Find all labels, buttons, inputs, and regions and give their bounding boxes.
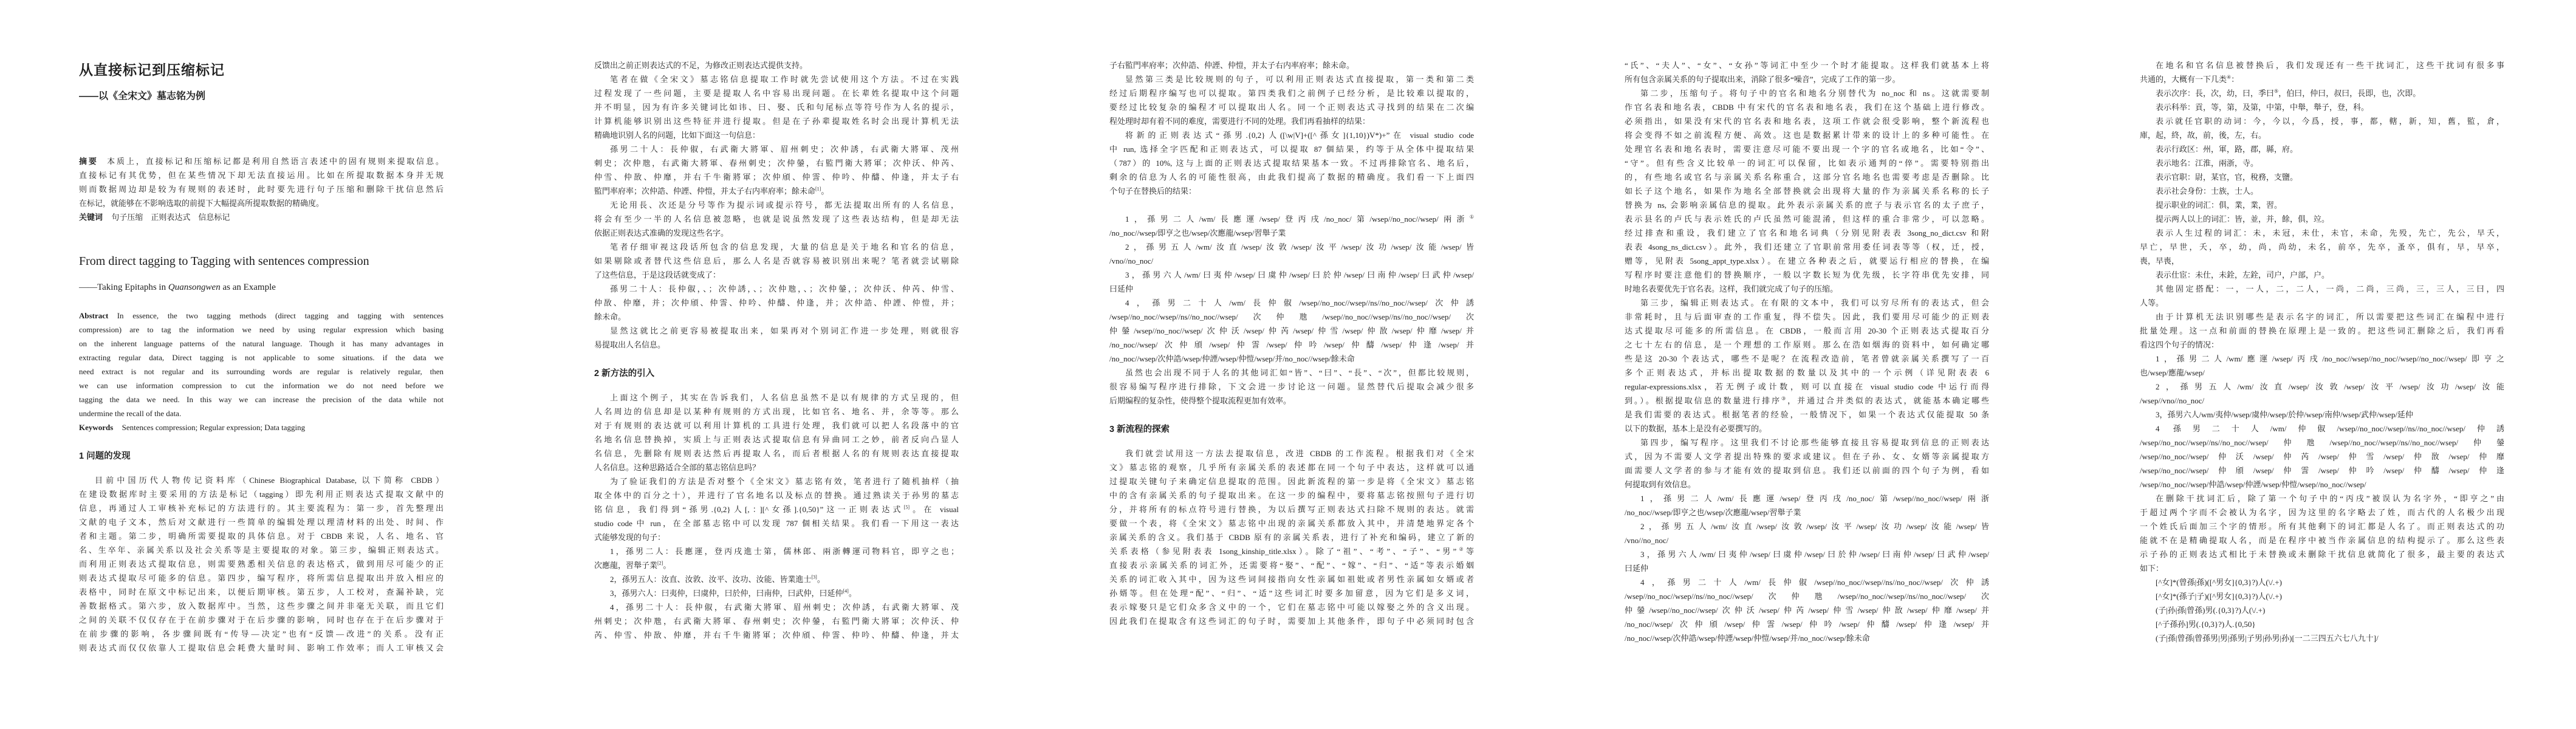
text-line: 易提取出人名信息。: [594, 338, 959, 352]
text-line: 将会有至少一半的人名信息被忽略，也就是说虽然发现了这些表达结构，但是却无法: [594, 212, 959, 226]
text-run: 以下的数据，基本上是没有必要撰写的。: [1625, 424, 1767, 433]
text-run: 从直接标记到压缩标记: [79, 62, 225, 78]
text-line: 到。）。根据提取信息的数量进行排序③，并通过合并类似的表达式，就能基本确定哪些: [1625, 394, 1989, 408]
text-run: 经过排查和重设，我们建立了官名和地名词典（分别见附表表 3song_no_dic…: [1625, 228, 1989, 238]
text-line: 3，孫男六人/wm/夷仲/wsep/虞仲/wsep/於仲/wsep/南仲/wse…: [2140, 408, 2504, 422]
text-run: /no_noc//wsep/即亨之也/wsep/次應龍/wsep/習舉子業: [1625, 508, 1801, 517]
text-run: 表示官职：尉，某官，官，稅務，支鹽。: [2156, 173, 2298, 182]
text-run: 要经过比较复杂的编程才可以提取出人名。同一个正则表达式寻找到的结果在二次编: [1109, 103, 1474, 112]
text-run: /no_noc//wsep/次仲誥/wsep/仲諲/wsep/仲愷/wsep/并…: [1109, 354, 1355, 363]
text-line: /no_noc//wsep/即亨之也/wsep/次應龍/wsep/習舉子業: [1109, 226, 1474, 240]
text-line: 直接表示亲属关系的词汇外，还需要将“娶”、“配”、“嫁”、“归”、“适”等表示婚…: [1109, 558, 1474, 572]
text-run: 早亡，早世，夭，卒，幼，尚，尚幼，未名，前卒，先卒，蚤卒，俱有，早，早卒，: [2140, 242, 2504, 252]
text-run: 名地名信息替换掉，实质上与正则表达式提取信息有异曲同工之妙，前者反向凸显人: [594, 435, 959, 444]
text-run: 过提取关键句子来确定信息提取的范围。因此新流程的第一步是将《全宋文》墓志铭: [1109, 477, 1474, 486]
text-line: 表示科举：貢，等，第，及第，中第，中舉，舉子，登，科。: [2140, 100, 2504, 114]
text-line: 虽然也会出现不同于人名的其他词汇如“皆”、“曰”、“長”、“次”，但都比较规则，: [1109, 366, 1474, 380]
text-run: 文》墓志铭的观察，几乎所有亲属关系的表述都在同一个句子中表达，这样就可以通: [1109, 463, 1474, 472]
text-run: 人名周边的信息却是以某种有规则的方式出现，比如官名、地名、并，余等等。那么: [594, 407, 959, 416]
text-run: 要做一个表，将《全宋文》墓志铭中出现的亲属关系都放入其中，并清楚地界定各个: [1109, 519, 1474, 528]
text-line: 表示嫁娶只是它们众多含义中的一个，它们在墓志铭中可能以嫁娶之外的含义出现。: [1109, 600, 1474, 614]
text-line: 表示次序：長，次，幼，曰，季曰⑤，伯曰，仲曰，叔曰，長即，也，次即。: [2140, 86, 2504, 100]
text-run: 是我们需要的表达式。根据笔者的经验，一般情况下，如果一个表达式仅能提取 50 条: [1625, 410, 1989, 419]
text-run: (子|孫|曾孫|曾孫男|男|孫男|子男|孙男|孙)[一二三四五六七八九十]/: [2156, 634, 2379, 643]
text-run: 表示县名的卢氏与表示姓氏的卢氏虽然可能混淆，但这样的重合非常少，可以忽略。: [1625, 214, 1989, 224]
text-line: 4，孫男二十人/wm/長仲俶/wsep//no_noc//wsep//ns//n…: [1109, 296, 1474, 310]
text-run: 为了验证我们的方法是否对整个《全宋文》墓志铭有效，笔者进行了随机抽样（抽: [610, 477, 959, 486]
text-run: 曰延仲: [1109, 284, 1133, 293]
text-run: （787）的 10%, 这与上面的正则表达式提取结果基本一致。不过再排除官名、地…: [1109, 159, 1474, 168]
text-line: 第四步，编写程序。这里我们不讨论那些能够直接且容易提取到信息的正则表达: [1625, 436, 1989, 450]
text-line: 则表达式而仅仅依靠人工提取信息会耗费大量时间、影响工作效率；而人工审核又会: [79, 641, 444, 655]
text-run: 时地名表要优先于官名表。这样，我们就完成了句子的压缩。: [1625, 284, 1838, 293]
text-run: /wsep//no_noc//wsep//ns//no_noc//wsep/次仲…: [1625, 592, 1989, 601]
text-line: (子|孙|孫|曾孫)男(.{0,3}?)人(\/.+): [2140, 603, 2504, 617]
text-line: 3，孫男六人/wm/曰夷仲/wsep/曰虞仲/wsep/曰於仲/wsep/曰南仲…: [1109, 268, 1474, 282]
text-line: 早亡，早世，夭，卒，幼，尚，尚幼，未名，前卒，先卒，蚤卒，俱有，早，早卒，: [2140, 240, 2504, 254]
text-run: 替换为 ns, 会影响亲属信息的提取。此外表示亲属关系的庶子与表示官名的太子庶子…: [1625, 200, 1989, 210]
text-run: /wsep//vno//no_noc/: [2140, 396, 2204, 405]
text-line: 之间的关联不仅仅存在于在前步骤对于在后步骤的影响，同时也存在于在后步骤对于: [79, 613, 444, 627]
text-line: 分，并将所有的标点符号进行替换，为以后撰写正则表达式扫除不规则的表达。就需: [1109, 502, 1474, 516]
text-line: /no_noc//wsep/次仲誥/wsep/仲諲/wsep/仲愷/wsep/并…: [1625, 631, 1989, 645]
text-line: 赠等，见附表 5song_appt_type.xlsx）。在建立各种表之后，就要…: [1625, 254, 1989, 268]
text-line: 程处理时却有着不同的难度，需要进行不同的处理。我们再看抽样的结果：: [1109, 114, 1474, 128]
text-line: 处理官名表和地名表时，需要注意尽可能不要出现一个字的官名或地名，比如“令”、: [1625, 142, 1989, 156]
text-run: 无论用長、次还是分号等作为提示词或提示符号，都无法提取出所有的人名信息，: [610, 200, 959, 210]
text-line: 取全体中的百分之十），并进行了官名地名以及标点的替换。通过熟读关于孙男的墓志: [594, 488, 959, 502]
text-run: 将新的正则表达式“孫男.{0,2}人([\w|V]+([^孫女]{1,10})V…: [1125, 131, 1474, 140]
text-line: 4，孫男二十人：長仲俶，右武衛大將軍、眉州刺史；次仲誘，右武衛大將軍、茂: [594, 600, 959, 614]
text-line: 1，孫男二人/wm/長應運/wsep/登丙戌/no_noc/第/wsep//no…: [1109, 212, 1474, 226]
text-run: 则表达式而仅仅依靠人工提取信息会耗费大量时间、影响工作效率；而人工审核又会: [79, 643, 444, 652]
text-run: 到。）。根据提取信息的数量进行排序③，并通过合并类似的表达式，就能基本确定哪些: [1625, 396, 1989, 405]
text-run: 表示地名：江淮，兩浙，寺。: [2156, 159, 2258, 168]
lead-label: 关键词: [79, 213, 103, 222]
text-run: (子|孙|孫|曾孫)男(.{0,3}?)人(\/.+): [2156, 606, 2265, 615]
text-run: 仲敔、仲靡，并；次仲頎、仲霅、仲吟、仲醻、仲逢，并；次仲誥、仲諲、仲愷，并；: [594, 298, 959, 307]
text-line: 多个正则表达式，并标出提取数据的数量以及其中的一个示例（详见附表表 6: [1625, 366, 1989, 380]
text-run: 亲属关系的含义。我们基于 CBDB 原有的亲属关系表，进行了补充和编码，建立了新…: [1109, 533, 1474, 542]
text-run: 4，孫男二十人/wm/長仲俶/wsep//no_noc//wsep//ns//n…: [1640, 578, 1989, 587]
text-run: 3，孫男六人/wm/曰夷仲/wsep/曰虞仲/wsep/曰於仲/wsep/曰南仲…: [1125, 270, 1474, 279]
text-line: 1，孫男二人/wm/長應運/wsep/登丙戌/no_noc/第/wsep//no…: [1625, 491, 1989, 505]
text-line: 州刺史；次仲虺，右武衛大將軍、春州刺史；次仲鎣，右監門衛大將軍；次仲沃、仲: [594, 614, 959, 628]
text-line: undermine the recall of the data.: [79, 406, 444, 420]
text-line: 经过排查和重设，我们建立了官名和地名词典（分别见附表表 3song_no_dic…: [1625, 226, 1989, 240]
text-run: 表示就任官职的动词：今，今以，今爲，授，事，都，轄，新，知，舊，監，倉，: [2156, 117, 2504, 126]
text-run: 其他固定搭配：一，一人，二，二人，一尚，二尚，三尚，三，三人，三曰，四: [2156, 284, 2504, 293]
text-run: undermine the recall of the data.: [79, 409, 181, 418]
text-line: 在删除干扰词汇后，除了第一个句子中的“丙戌”被误认为名字外，“即亨之”由: [2140, 491, 2504, 505]
text-run: 并不明显，因为有许多关键词比如讳、曰、娶、氏和句尾标点等符号作为人名的提示，: [594, 103, 959, 112]
text-run: on the inherent language patterns of the…: [79, 339, 444, 348]
text-run: regular-expressions.xlsx，若无例子或计数，则可以直接在 …: [1625, 382, 1989, 391]
text-run: 在删除干扰词汇后，除了第一个句子中的“丙戌”被误认为名字外，“即亨之”由: [2156, 494, 2504, 503]
text-line: 则表达式提取尽可能多的信息。第四步，编写程序，将所需信息提取出并放入相应的: [79, 571, 444, 585]
text-line: 孙婿等。但在处理“配”、“归”、“适”这些词汇时要多加留意，因为它们是多义词，: [1109, 586, 1474, 600]
text-line: 庫，起，終，故，前，後，左，右。: [2140, 128, 2504, 142]
text-line: 过程发现了一些问题，主要是提取人名中容易出现问题。在长辈姓名提取中这个问题: [594, 86, 959, 100]
text-line: 批量处理。这一点和前面的替换在原理上是一致的。把这些词汇删除之后，我们再看: [2140, 324, 2504, 338]
text-line: 为了验证我们的方法是否对整个《全宋文》墓志铭有效，笔者进行了随机抽样（抽: [594, 474, 959, 488]
text-run: 表示次序：長，次，幼，曰，季曰⑤，伯曰，仲曰，叔曰，長即，也，次即。: [2156, 89, 2420, 98]
text-run: 表示人生过程的词汇：未，未冠，未仕，未官，未命，先殁，先亡，先公，早夭，: [2156, 228, 2504, 238]
text-run: 将会变得不如之前流程方便、高效。这也是数据累计带来的设计上的多种可能性。在: [1625, 131, 1989, 140]
text-line: 如下：: [2140, 561, 2504, 575]
section-heading: 3 新流程的探索: [1109, 423, 1474, 436]
text-run: In essence, the two tagging methods (dir…: [117, 311, 444, 320]
text-line: 提示两人以上的词汇：皆，並，并，餘，俱，竝。: [2140, 212, 2504, 226]
text-line: 監門率府率；次仲誥、仲諲、仲愷，并太子右内率府率；餘未命[1]。: [594, 184, 959, 198]
text-run: 2，孫男五人/wm/汝直/wsep/汝敦/wsep/汝平/wsep/汝功/wse…: [2156, 382, 2504, 391]
text-line: 4 孫男二十人/wm/仲俶/wsep//no_noc//wsep//ns//no…: [2140, 422, 2504, 436]
text-run: 直接标记有其优势，但在某些情况下却无法直接运用。比如在所提取数据本身并无规: [79, 171, 444, 180]
text-line: /wsep//no_noc//wsep/仲沃/wsep/仲芮/wsep/仲雪/w…: [2140, 450, 2504, 464]
text-line: 第二步，压缩句子。将句子中的官名和地名分别替代为 no_noc 和 ns。这就需…: [1625, 86, 1989, 100]
text-line: 反馈出之前正则表达式的不足，为修改正则表达式提供支持。: [594, 58, 959, 72]
text-line: /no_noc//wsep/次仲頎/wsep/仲霅/wsep/仲吟/wsep/仲…: [1109, 338, 1474, 352]
text-run: 名、生卒年、亲属关系以及社会关系等是主要提取的对象。第三步，编辑正则表达式。: [79, 546, 444, 555]
text-run: Sentences compression; Regular expressio…: [122, 423, 305, 432]
text-run: 信息，再通过人工审核补充标记的方法进行的。其主要流程为：第一步，首先整理出: [79, 504, 444, 513]
text-line: AbstractIn essence, the two tagging meth…: [79, 309, 444, 323]
text-line: /wsep//vno//no_noc/: [2140, 394, 2504, 408]
text-run: 计算机能够识别出这些特征并进行提取。但是在子孙辈提取姓名时会出现计算机无法: [594, 117, 959, 126]
text-line: 信息，再通过人工审核补充标记的方法进行的。其主要流程为：第一步，首先整理出: [79, 501, 444, 515]
text-run: 由于计算机无法识别哪些是表示名字的词汇，所以需要把这些词汇在编程中进行: [2156, 312, 2504, 321]
text-line: 仲雪、仲敔、仲靡，并右千牛衛將軍；次仲頎、仲霅、仲吟、仲醻、仲逢，并太子右: [594, 170, 959, 184]
text-run: 式，因为不需要人文学者提出特殊的要求或建议。但在子孙、女、女婿等亲属提取方: [1625, 452, 1989, 461]
text-line: 所有包含亲属关系的句子提取出来，消除了很多“噪音”，完成了工作的第一步。: [1625, 72, 1989, 86]
text-line: （787）的 10%, 这与上面的正则表达式提取结果基本一致。不过再排除官名、地…: [1109, 156, 1474, 170]
text-run: 也/wsep/應龍/wsep/: [2140, 368, 2205, 377]
paper-subtitle-zh: ——以《全宋文》墓志铭为例: [79, 90, 444, 103]
text-run: 表示科举：貢，等，第，及第，中第，中舉，舉子，登，科。: [2156, 103, 2369, 112]
text-run: 之七十左右的信息，是一个理想的工作原则。那么在浩如烟海的资料中，如何确定哪: [1625, 340, 1989, 349]
text-line: 中 run, 选择全字匹配和正则表达式，可以提取 87 個結果，约等于从全体中提…: [1109, 142, 1474, 156]
text-run: 后期编程的复杂性，使得整个提取流程更加有效率。: [1109, 396, 1291, 405]
text-line: 表格中，同时在原文中标记出来，以便后期审核。第五步，人工校对，查漏补缺，完: [79, 585, 444, 599]
text-run: 4，孫男二十人/wm/長仲俶/wsep//no_noc//wsep//ns//n…: [1125, 298, 1474, 307]
text-run: 依据正则表达式准确的发现这些名字。: [594, 228, 728, 238]
text-run: /no_noc//wsep/次仲誥/wsep/仲諲/wsep/仲愷/wsep/并…: [1625, 634, 1870, 643]
lead-label: Keywords: [79, 423, 113, 432]
text-line: 如长子这个地名，如果作为地名全部替换就会出现将大量的作为亲属关系名称的长子: [1625, 184, 1989, 198]
text-run: 喪，早喪，: [2140, 256, 2179, 265]
text-line: /wsep//no_noc//wsep/仲誥/wsep/仲諲/wsep/仲愷/w…: [2140, 477, 2504, 491]
text-line: 3，孫男六人/wm/曰夷仲/wsep/曰虞仲/wsep/曰於仲/wsep/曰南仲…: [1625, 547, 1989, 561]
text-run: Quansongwen: [168, 282, 221, 292]
text-run: 第四步，编写程序。这里我们不讨论那些能够直接且容易提取到信息的正则表达: [1640, 438, 1989, 447]
text-line: /wsep//no_noc//wsep/仲頎/wsep/仲霅/wsep/仲吟/w…: [2140, 464, 2504, 477]
text-line: 子右監門率府率；次仲誥、仲諲、仲愷，并太子右内率府率；餘未命。: [1109, 58, 1474, 72]
text-run: 作官名表和地名表，CBDB 中有宋代的官名表和地名表，我们在这个基础上进行修改。: [1625, 103, 1989, 112]
text-run: 程处理时却有着不同的难度，需要进行不同的处理。我们再看抽样的结果：: [1109, 117, 1370, 126]
document-canvas: 从直接标记到压缩标记——以《全宋文》墓志铭为例摘要本质上，直接标记和压缩标记都是…: [0, 0, 2576, 729]
text-run: /wsep//no_noc//wsep/仲誥/wsep/仲諲/wsep/仲愷/w…: [2140, 480, 2366, 489]
text-run: 反馈出之前正则表达式的不足，为修改正则表达式提供支持。: [594, 61, 807, 70]
text-line: “氏”、“夫人”、“女”、“女孙”等词汇中至少一个时才能提取。这样我们就基本上将: [1625, 58, 1989, 72]
text-line: tagging the data we need. In this way we…: [79, 392, 444, 406]
text-line: 孫男二十人：長仲俶，右武衛大將軍、眉州刺史；次仲誘，右武衛大將軍、茂州: [594, 142, 959, 156]
text-line: 表示县名的卢氏与表示姓氏的卢氏虽然可能混淆，但这样的重合非常少，可以忽略。: [1625, 212, 1989, 226]
text-line: 剩余的信息为人名的可能性很高，由此我们提高了数据的精确度。我们看一下上面四: [1109, 170, 1474, 184]
text-line: 式，因为不需要人文学者提出特殊的要求或建议。但在子孙、女、女婿等亲属提取方: [1625, 450, 1989, 464]
text-run: 之间的关联不仅仅存在于在前步骤对于在后步骤的影响，同时也存在于在后步骤对于: [79, 615, 444, 625]
lead-label: 摘要: [79, 157, 98, 166]
text-line: 表示官职：尉，某官，官，稅務，支鹽。: [2140, 170, 2504, 184]
text-run: 显然这就比之前更容易被提取出来，如果再对个别词汇作进一步处理，则就很容: [610, 326, 959, 335]
text-line: 仲鎣/wsep//no_noc//wsep/次仲沃/wsep/仲芮/wsep/仲…: [1625, 603, 1989, 617]
text-run: 表格中，同时在原文中标记出来，以便后期审核。第五步，人工校对，查漏补缺，完: [79, 587, 444, 597]
text-run: 庫，起，終，故，前，後，左，右。: [2140, 131, 2266, 140]
text-line: 笔者仔细审视这段话所包含的信息发现，大量的信息是关于地名和官名的信息，: [594, 240, 959, 254]
text-run: 在建设数据库时主要采用的方法是标记（tagging）即先利用正则表达式提取文献中…: [79, 490, 444, 499]
text-line: 笔者在做《全宋文》墓志铭信息提取工作时就先尝试使用这个方法。不过在实践: [594, 72, 959, 86]
text-run: 4，孫男二十人：長仲俶，右武衛大將軍、眉州刺史；次仲誘，右武衛大將軍、茂: [610, 603, 959, 612]
text-line: 中的含有亲属关系的句子提取出来。在这一步的编程中，要将墓志铭按照句子进行切: [1109, 488, 1474, 502]
text-run: ——以《全宋文》墓志铭为例: [79, 91, 205, 101]
text-run: 表示仕宦：未仕，未銓，左銓，司户，户部，户。: [2156, 270, 2329, 279]
text-run: 名信息，先删除有规则表达然后再提取人名，而后者根据人名的有规则表达直接提取: [594, 449, 959, 458]
text-run: tagging the data we need. In this way we…: [79, 395, 444, 404]
text-line: 人等。: [2140, 296, 2504, 310]
text-line: 表示就任官职的动词：今，今以，今爲，授，事，都，轄，新，知，舊，監，倉，: [2140, 114, 2504, 128]
text-line: 名、生卒年、亲属关系以及社会关系等是主要提取的对象。第三步，编辑正则表达式。: [79, 543, 444, 557]
text-run: 对于有规则的表达就可以利用计算机的工具进行处理，我们就可以把人名段落中的官: [594, 421, 959, 430]
text-line: 次應龍，習舉子業[2]。: [594, 558, 959, 572]
text-run: /wsep//no_noc//wsep/仲頎/wsep/仲霅/wsep/仲吟/w…: [2140, 466, 2504, 475]
text-line: 要做一个表，将《全宋文》墓志铭中出现的亲属关系都放入其中，并清楚地界定各个: [1109, 516, 1474, 530]
text-run: 将会有至少一半的人名信息被忽略，也就是说虽然发现了这些表达结构，但是却无法: [594, 214, 959, 224]
text-run: studio code 中 run，在全部墓志铭中可以发现 787 個相关结果。…: [594, 519, 959, 528]
text-line: 于超过两个字而不会被认为名字，因为这里的名字略去了姓，而古代的人名极少出现: [2140, 505, 2504, 519]
text-line: 摘要本质上，直接标记和压缩标记都是利用自然语言表述中的固有规则来提取信息。: [79, 154, 444, 168]
text-line: 2，孫男五人/wm/汝直/wsep/汝敦/wsep/汝平/wsep/汝功/wse…: [1109, 240, 1474, 254]
text-line: 式能够发现的句子：: [594, 530, 959, 544]
text-line: 何提取到有效信息。: [1625, 477, 1989, 491]
text-line: 依据正则表达式准确的发现这些名字。: [594, 226, 959, 240]
text-line: 后期编程的复杂性，使得整个提取流程更加有效率。: [1109, 394, 1474, 408]
text-line: 提示职业的词汇：俱，業，業，習。: [2140, 198, 2504, 212]
text-line: /no_noc//wsep/次仲誥/wsep/仲諲/wsep/仲愷/wsep/并…: [1109, 352, 1474, 366]
text-line: 显然第三类是比较规则的句子，可以利用正则表达式直接提取，第一类和第二类: [1109, 72, 1474, 86]
text-run: extracting regular data, Direct tagging …: [79, 353, 444, 362]
text-run: 第三步，编辑正则表达式。在有限的文本中，我们可以穷尽所有的表达式，但会: [1640, 298, 1989, 307]
text-run: 1，孫男二人：長應運，登丙戌進士第，儒林郎、兩浙轉運司物料官，即亨之也；: [610, 547, 959, 556]
text-run: 曰延仲: [1625, 564, 1648, 573]
text-line: 刺史；次仲虺，右武衛大將軍、春州刺史；次仲鎣，右監門衛大將軍；次仲沃、仲芮、: [594, 156, 959, 170]
text-run: 一个姓氏后面加三个字的情形。所有其他剩下的词汇都是人名了。而正则表达式的功: [2140, 522, 2504, 531]
text-line: 必须指出，如果没有宋代的官名表和地名表，这项工作就会很受影响，整个新流程也: [1625, 114, 1989, 128]
text-line: 精确地识别人名的问题，比如下面这一句信息：: [594, 128, 959, 142]
text-run: 所有包含亲属关系的句子提取出来，消除了很多“噪音”，完成了工作的第一步。: [1625, 75, 1900, 84]
text-line: [^女]*(孫子|子)([^男女]{0,3}?)人(\/.+): [2140, 589, 2504, 603]
text-run: 笔者在做《全宋文》墓志铭信息提取工作时就先尝试使用这个方法。不过在实践: [610, 75, 959, 84]
text-run: 写程序时要注意他们的替换顺序，一般以字数长短为优先级，长字符串优先安排，同: [1625, 270, 1989, 279]
text-run: 我们就尝试用这一方法去提取信息，改进 CBDB 的工作流程。根据我们对《全宋: [1125, 449, 1474, 458]
text-run: 分，并将所有的标点符号进行替换，为以后撰写正则表达式扫除不规则的表达。就需: [1109, 505, 1474, 514]
text-line: /wsep//no_noc//wsep//ns//no_noc//wsep/次仲…: [1109, 310, 1474, 324]
text-run: 则而数据周边却是较为有规则的表述时，此时要先进行句子压缩和删除干扰信息然后: [79, 185, 444, 194]
text-run: 孫男二十人：長仲俶，、；次仲誘，、；次仲虺，、；次仲鎣，；次仲沃、仲芮、仲雪、: [610, 284, 959, 293]
text-line: 1，孫男二人/wm/應運/wsep/丙戌/no_noc//wsep//no_no…: [2140, 352, 2504, 366]
text-run: 仲鎣/wsep//no_noc//wsep/次仲沃/wsep/仲芮/wsep/仲…: [1625, 606, 1989, 615]
text-run: 表示行政区：州，軍，路，郡，縣，府。: [2156, 145, 2298, 154]
text-run: 提示职业的词汇：俱，業，業，習。: [2156, 200, 2282, 210]
text-line: 的，有些地名或官名与亲属关系名称重合，这部分官名地名也需要考虑是否删除。比: [1625, 170, 1989, 184]
text-run: 1，孫男二人/wm/長應運/wsep/登丙戌/no_noc/第/wsep//no…: [1125, 214, 1474, 224]
text-run: 虽然也会出现不同于人名的其他词汇如“皆”、“曰”、“長”、“次”，但都比较规则，: [1125, 368, 1474, 377]
text-run: 批量处理。这一点和前面的替换在原理上是一致的。把这些词汇删除之后，我们再看: [2140, 326, 2504, 335]
text-line: 仲敔、仲靡，并；次仲頎、仲霅、仲吟、仲醻、仲逢，并；次仲誥、仲諲、仲愷，并；: [594, 296, 959, 310]
text-line: 人名信息。这种思路适合全部的墓志铭信息吗？: [594, 460, 959, 474]
text-run: 芮、仲雪、仲敔、仲靡，并右千牛衛將軍；次仲頎、仲霅、仲吟、仲醻、仲逢，并太: [594, 631, 959, 640]
text-run: 很容易编写程序进行排除，下文会进一步讨论这一问题。显然替代后提取会减少很多: [1109, 382, 1474, 391]
text-run: 过程发现了一些问题，主要是提取人名中容易出现问题。在长辈姓名提取中这个问题: [594, 89, 959, 98]
text-run: 子右監門率府率；次仲誥、仲諲、仲愷，并太子右内率府率；餘未命。: [1109, 61, 1354, 70]
text-run: 剩余的信息为人名的可能性很高，由此我们提高了数据的精确度。我们看一下上面四: [1109, 173, 1474, 182]
text-line: 示子孙的正则表达式相比于未替换或未删除干扰信息就简化了很多，最主要的表达式: [2140, 547, 2504, 561]
text-line: 表示社会身份：士族，士人。: [2140, 184, 2504, 198]
text-line: 了这些信息，于是这段话就变成了：: [594, 268, 959, 282]
text-line: 共通的，大概有一下几类④：: [2140, 72, 2504, 86]
text-run: 于超过两个字而不会被认为名字，因为这里的名字略去了姓，而古代的人名极少出现: [2140, 508, 2504, 517]
text-run: 本质上，直接标记和压缩标记都是利用自然语言表述中的固有规则来提取信息。: [107, 157, 444, 166]
text-run: as an Example: [221, 282, 276, 292]
text-line: 在地名和官名信息被替换后，我们发现还有一些干扰词汇，这些干扰词有很多事: [2140, 58, 2504, 72]
text-run: /wsep//no_noc//wsep//ns//no_noc//wsep/次仲…: [1109, 312, 1474, 321]
text-run: “守”。但有些含义比较单一的词汇可以保留，比如表示通判的“倅”。需要特别指出: [1625, 159, 1989, 168]
text-line: 我们就尝试用这一方法去提取信息，改进 CBDB 的工作流程。根据我们对《全宋: [1109, 447, 1474, 460]
text-line: /wsep//no_noc//wsep//ns//no_noc//wsep/仲虺…: [2140, 436, 2504, 450]
text-run: 则表达式提取尽可能多的信息。第四步，编写程序，将所需信息提取出并放入相应的: [79, 573, 444, 583]
text-line: 名信息，先删除有规则表达然后再提取人名，而后者根据人名的有规则表达直接提取: [594, 447, 959, 460]
text-line: regular-expressions.xlsx，若无例子或计数，则可以直接在 …: [1625, 380, 1989, 394]
page-2: 反馈出之前正则表达式的不足，为修改正则表达式提供支持。笔者在做《全宋文》墓志铭信…: [515, 0, 1030, 729]
text-run: 目前中国历代人物传记资料库（Chinese Biographical Datab…: [95, 476, 444, 485]
text-run: 精确地识别人名的问题，比如下面这一句信息：: [594, 131, 760, 140]
text-line: 以下的数据，基本上是没有必要撰写的。: [1625, 422, 1989, 436]
text-run: [^女]*(曾孫|孫)([^男女]{0,3}?)人(\/.+): [2156, 578, 2282, 587]
text-line: [^子孫孙]男(.{0,3}?)人.{0,50}: [2140, 617, 2504, 631]
text-line: 将新的正则表达式“孫男.{0,2}人([\w|V]+([^孫女]{1,10})V…: [1109, 128, 1474, 142]
text-run: 笔者仔细审视这段话所包含的信息发现，大量的信息是关于地名和官名的信息，: [610, 242, 959, 252]
text-line: 对于有规则的表达就可以利用计算机的工具进行处理，我们就可以把人名段落中的官: [594, 419, 959, 433]
text-run: compression) are to tag the information …: [79, 325, 444, 334]
text-run: 2，孫男五人：汝直、汝敦、汝平、汝功、汝能、皆業進士[3]。: [610, 575, 825, 584]
text-column: 子右監門率府率；次仲誥、仲諲、仲愷，并太子右内率府率；餘未命。显然第三类是比较规…: [1109, 0, 1474, 628]
text-line: 表示仕宦：未仕，未銓，左銓，司户，户部，户。: [2140, 268, 2504, 282]
text-line: 个句子在替换后的结果：: [1109, 184, 1474, 198]
text-line: 能就不在是精确提取人名，而是在程序中被当作亲属信息的结构提示了。那么这些表: [2140, 533, 2504, 547]
text-run: 取全体中的百分之十），并进行了官名地名以及标点的替换。通过熟读关于孙男的墓志: [594, 491, 959, 500]
text-line: 也/wsep/應龍/wsep/: [2140, 366, 2504, 380]
text-line: 者和主题。第二步，明确所需要提取的具体信息。对于 CBDB 来说，人名、地名、官: [79, 529, 444, 543]
text-run: 者和主题。第二步，明确所需要提取的具体信息。对于 CBDB 来说，人名、地名、官: [79, 532, 444, 541]
text-line: 达式提取尽可能多的所需信息。在 CBDB，一般而言用 20-30 个正则表达式提…: [1625, 324, 1989, 338]
text-run: 在地名和官名信息被替换后，我们发现还有一些干扰词汇，这些干扰词有很多事: [2156, 61, 2504, 70]
text-line: 替换为 ns, 会影响亲属信息的提取。此外表示亲属关系的庶子与表示官名的太子庶子…: [1625, 198, 1989, 212]
text-run: 人等。: [2140, 298, 2163, 307]
text-run: 仲雪、仲敔、仲靡，并右千牛衛將軍；次仲頎、仲霅、仲吟、仲醻、仲逢，并太子右: [594, 173, 959, 182]
text-run: 如长子这个地名，如果作为地名全部替换就会出现将大量的作为亲属关系名称的长子: [1625, 187, 1989, 196]
text-line: /vno//no_noc/: [1625, 533, 1989, 547]
text-line: 直接标记有其优势，但在某些情况下却无法直接运用。比如在所提取数据本身并无规: [79, 168, 444, 182]
text-line: need extract is not regular and its surr…: [79, 364, 444, 378]
text-line: 如果剔除或者替代这些信息后，那么人名是否就容易被识别出来呢？笔者就尝试剔除: [594, 254, 959, 268]
text-line: 人名周边的信息却是以某种有规则的方式出现，比如官名、地名、并，余等等。那么: [594, 405, 959, 419]
text-line: 在建设数据库时主要采用的方法是标记（tagging）即先利用正则表达式提取文献中…: [79, 487, 444, 501]
text-run: 表示社会身份：士族，士人。: [2156, 187, 2258, 196]
text-line: KeywordsSentences compression; Regular e…: [79, 420, 444, 434]
text-line: 亲属关系的含义。我们基于 CBDB 原有的亲属关系表，进行了补充和编码，建立了新…: [1109, 530, 1474, 544]
text-line: 要经过比较复杂的编程才可以提取出人名。同一个正则表达式寻找到的结果在二次编: [1109, 100, 1474, 114]
text-line: extracting regular data, Direct tagging …: [79, 351, 444, 364]
text-run: /no_noc//wsep/次仲頎/wsep/仲霅/wsep/仲吟/wsep/仲…: [1109, 340, 1474, 349]
text-line: 4，孫男二十人/wm/長仲俶/wsep//no_noc//wsep//ns//n…: [1625, 575, 1989, 589]
text-line: 一个姓氏后面加三个字的情形。所有其他剩下的词汇都是人名了。而正则表达式的功: [2140, 519, 2504, 533]
text-run: 次應龍，習舉子業[2]。: [594, 561, 671, 570]
text-run: 2 新方法的引入: [594, 369, 654, 378]
lead-label: Abstract: [79, 311, 108, 320]
section-heading: 1 问题的发现: [79, 450, 444, 462]
text-column: 在地名和官名信息被替换后，我们发现还有一些干扰词汇，这些干扰词有很多事共通的，大…: [2140, 0, 2504, 645]
text-run: [^女]*(孫子|子)([^男女]{0,3}?)人(\/.+): [2156, 592, 2282, 601]
text-line: 由于计算机无法识别哪些是表示名字的词汇，所以需要把这些词汇在编程中进行: [2140, 310, 2504, 324]
text-run: 非常耗时，且与后面审查的工作重复，得不偿失。因此，我们要用尽可能少的正则表: [1625, 312, 1989, 321]
text-line: 之七十左右的信息，是一个理想的工作原则。那么在浩如烟海的资料中，如何确定哪: [1625, 338, 1989, 352]
text-run: 关系表格（参见附表表 1song_kinship_title.xlsx）。除了“…: [1109, 547, 1474, 556]
text-line: 仲鎣/wsep//no_noc//wsep/次仲沃/wsep/仲芮/wsep/仲…: [1109, 324, 1474, 338]
text-line: 文》墓志铭的观察，几乎所有亲属关系的表述都在同一个句子中表达，这样就可以通: [1109, 460, 1474, 474]
text-line: 并不明显，因为有许多关键词比如讳、曰、娶、氏和句尾标点等符号作为人名的提示，: [594, 100, 959, 114]
text-run: 显然第三类是比较规则的句子，可以利用正则表达式直接提取，第一类和第二类: [1125, 75, 1474, 84]
text-run: 赠等，见附表 5song_appt_type.xlsx）。在建立各种表之后，就要…: [1625, 256, 1989, 265]
text-line: 上面这个例子，其实在告诉我们，人名信息虽然不是以有规律的方式呈现的，但: [594, 391, 959, 405]
text-run: 4 孫男二十人/wm/仲俶/wsep//no_noc//wsep//ns//no…: [2156, 424, 2504, 433]
text-run: 面需要人文学者的参与才能有效的提取到信息。我们还以前面的四个句子为例，看如: [1625, 466, 1989, 475]
text-run: 提示两人以上的词汇：皆，並，并，餘，俱，竝。: [2156, 214, 2329, 224]
text-line: 善数据格式。第六步，放入数据库中。当然，这些步骤之间并非毫无关联，而且它们: [79, 599, 444, 613]
text-line: 1，孫男二人：長應運，登丙戌進士第，儒林郎、兩浙轉運司物料官，即亨之也；: [594, 544, 959, 558]
text-line: 孫男二十人：長仲俶，、；次仲誘，、；次仲虺，、；次仲鎣，；次仲沃、仲芮、仲雪、: [594, 282, 959, 296]
paper-title-en: From direct tagging to Tagging with sent…: [79, 253, 444, 269]
text-run: 能就不在是精确提取人名，而是在程序中被当作亲属信息的结构提示了。那么这些表: [2140, 536, 2504, 545]
paper-subtitle-en: ——Taking Epitaphs in Quansongwen as an E…: [79, 281, 444, 294]
text-column: 从直接标记到压缩标记——以《全宋文》墓志铭为例摘要本质上，直接标记和压缩标记都是…: [79, 0, 444, 655]
text-line: 非常耗时，且与后面审查的工作重复，得不偿失。因此，我们要用尽可能少的正则表: [1625, 310, 1989, 324]
text-run: 1 问题的发现: [79, 451, 131, 461]
text-run: 仲鎣/wsep//no_noc//wsep/次仲沃/wsep/仲芮/wsep/仲…: [1109, 326, 1474, 335]
text-run: 如下：: [2140, 564, 2163, 573]
text-run: we can use information compression to cu…: [79, 381, 444, 390]
text-run: 中 run, 选择全字匹配和正则表达式，可以提取 87 個結果，约等于从全体中提…: [1109, 145, 1474, 154]
text-run: /vno//no_noc/: [1109, 256, 1153, 265]
text-line: 无论用長、次还是分号等作为提示词或提示符号，都无法提取出所有的人名信息，: [594, 198, 959, 212]
text-line: [^女]*(曾孫|孫)([^男女]{0,3}?)人(\/.+): [2140, 575, 2504, 589]
text-run: 表示嫁娶只是它们众多含义中的一个，它们在墓志铭中可能以嫁娶之外的含义出现。: [1109, 603, 1474, 612]
text-run: /wsep//no_noc//wsep//ns//no_noc//wsep/仲虺…: [2140, 438, 2504, 447]
text-line: 经过后期程序编写也可以提取。第四类我们之前例子已经分析，是比较难以提取的，: [1109, 86, 1474, 100]
text-run: 第二步，压缩句子。将句子中的官名和地名分别替代为 no_noc 和 ns。这就需…: [1640, 89, 1989, 98]
text-line: 2，孫男五人：汝直、汝敦、汝平、汝功、汝能、皆業進士[3]。: [594, 572, 959, 586]
text-line: 曰延仲: [1625, 561, 1989, 575]
text-run: 3，孫男六人/wm/曰夷仲/wsep/曰虞仲/wsep/曰於仲/wsep/曰南仲…: [1640, 550, 1989, 559]
text-run: 何提取到有效信息。: [1625, 480, 1696, 489]
text-run: 1，孫男二人/wm/長應運/wsep/登丙戌/no_noc/第/wsep//no…: [1640, 494, 1989, 503]
